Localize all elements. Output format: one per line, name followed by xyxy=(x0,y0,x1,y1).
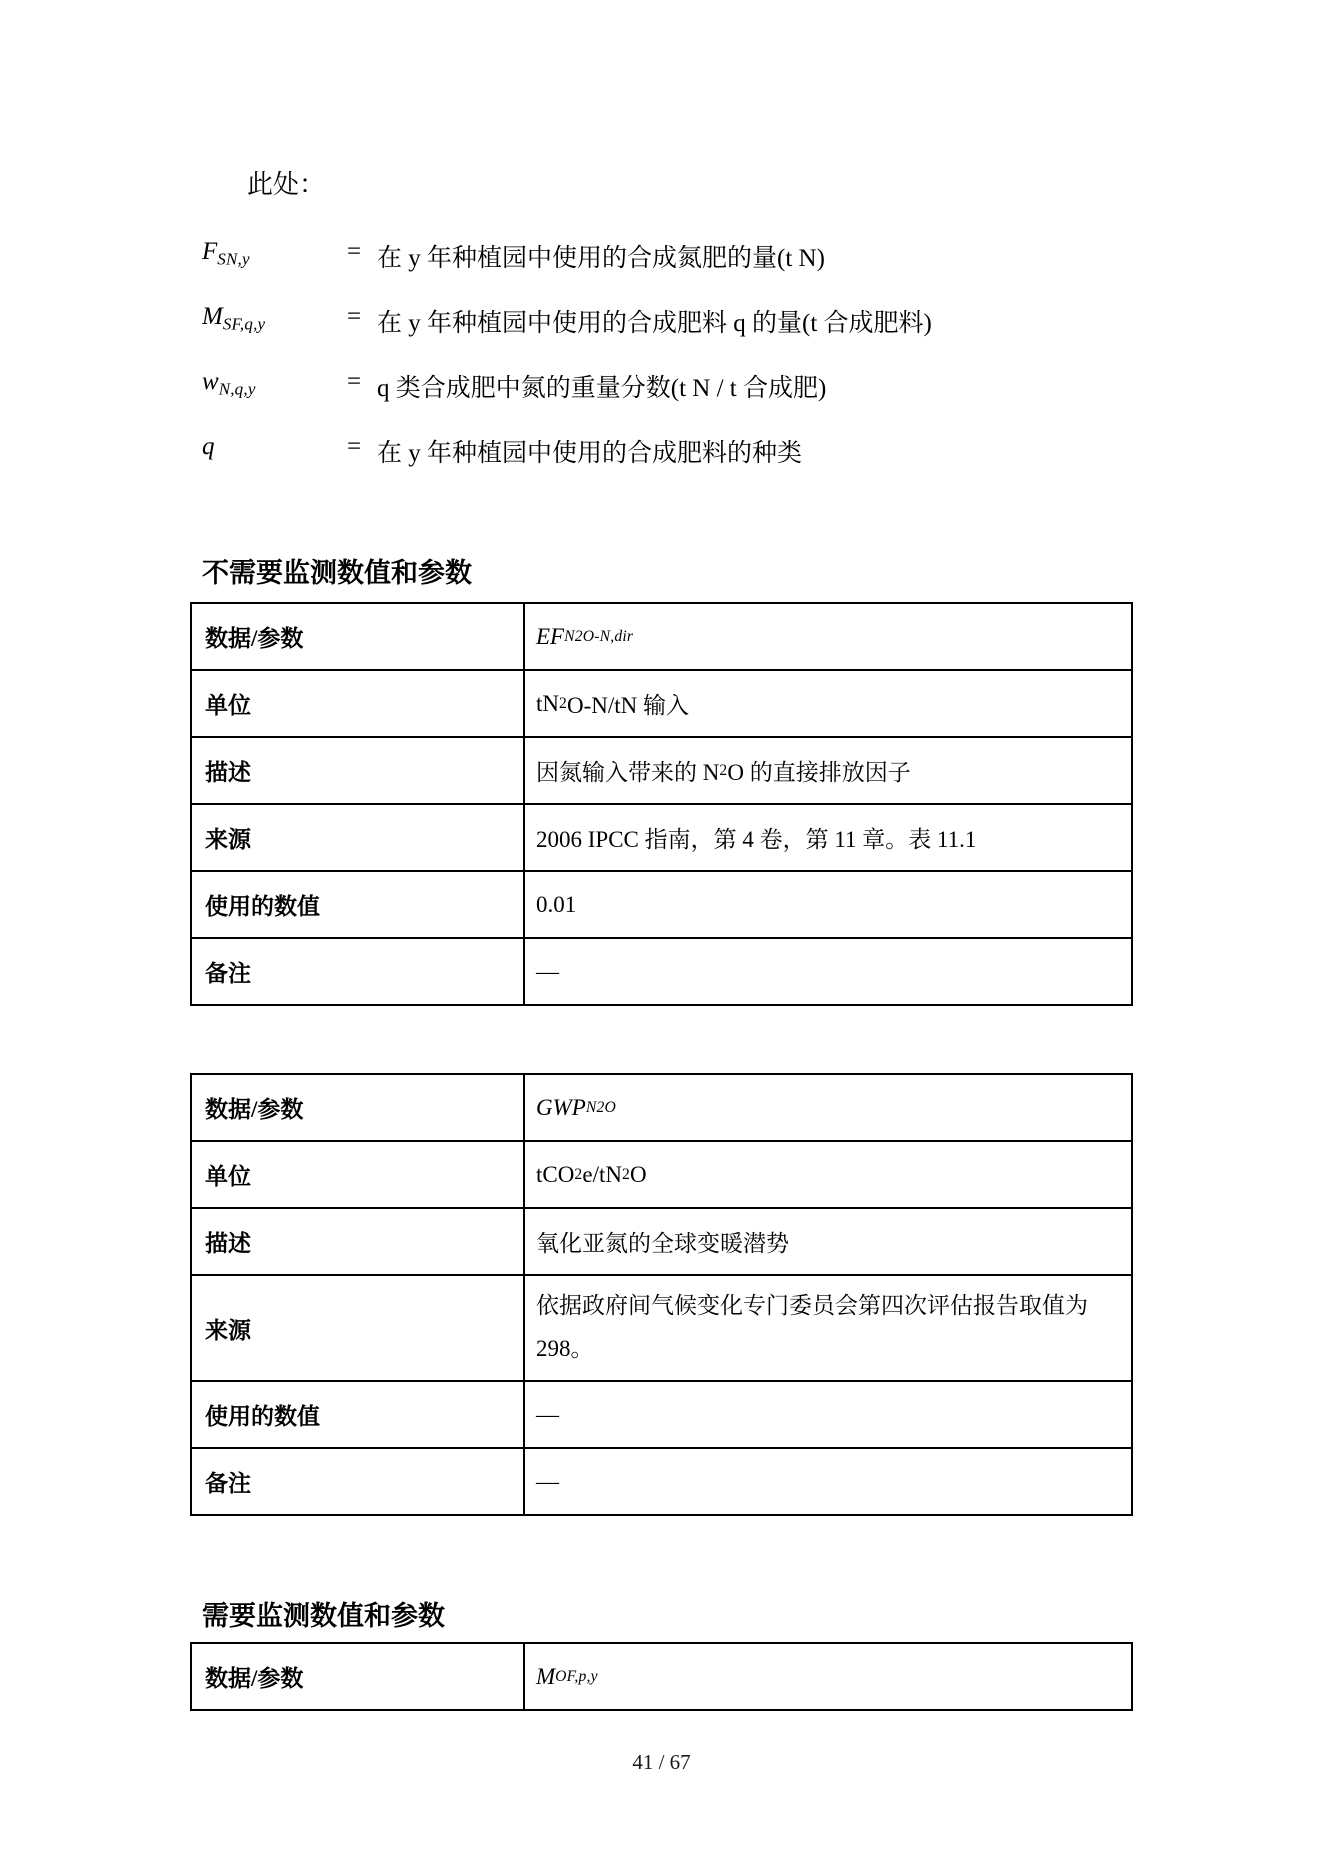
row-value: — xyxy=(525,1382,1131,1447)
row-label: 单位 xyxy=(192,671,525,736)
row-label: 描述 xyxy=(192,738,525,803)
row-label: 使用的数值 xyxy=(192,1382,525,1447)
row-label: 来源 xyxy=(192,805,525,870)
definition-desc: q 类合成肥中氮的重量分数(t N / t 合成肥) xyxy=(377,368,826,404)
page-number: 41 / 67 xyxy=(0,1750,1323,1775)
table-row: 描述 氧化亚氮的全球变暖潜势 xyxy=(192,1207,1131,1274)
row-label: 备注 xyxy=(192,939,525,1004)
parameter-table-ef-n2o: 数据/参数 EFN2O-N,dir 单位 tN2O-N/tN 输入 描述 因氮输… xyxy=(190,602,1133,1006)
table-row: 数据/参数 MOF,p,y xyxy=(192,1644,1131,1709)
row-value: MOF,p,y xyxy=(525,1644,1131,1709)
definition-term: q xyxy=(202,433,215,461)
row-value: EFN2O-N,dir xyxy=(525,604,1131,669)
table-row: 使用的数值 — xyxy=(192,1380,1131,1447)
table-row: 数据/参数 GWPN2O xyxy=(192,1075,1131,1140)
where-label: 此处： xyxy=(247,164,325,201)
table-row: 备注 — xyxy=(192,937,1131,1004)
definition-term: FSN,y xyxy=(202,238,250,269)
row-label: 单位 xyxy=(192,1142,525,1207)
row-label: 数据/参数 xyxy=(192,1075,525,1140)
definition-term: wN,q,y xyxy=(202,368,256,399)
table-row: 使用的数值 0.01 xyxy=(192,870,1131,937)
equals-sign: = xyxy=(347,433,361,461)
definition-desc: 在 y 年种植园中使用的合成氮肥的量(t N) xyxy=(377,238,825,274)
row-label: 数据/参数 xyxy=(192,604,525,669)
row-value: 因氮输入带来的 N2O 的直接排放因子 xyxy=(525,738,1131,803)
equals-sign: = xyxy=(347,238,361,266)
table-row: 备注 — xyxy=(192,1447,1131,1514)
definition-row: MSF,q,y = 在 y 年种植园中使用的合成肥料 q 的量(t 合成肥料) xyxy=(202,303,1202,333)
row-value: 0.01 xyxy=(525,872,1131,937)
row-value: — xyxy=(525,939,1131,1004)
row-label: 使用的数值 xyxy=(192,872,525,937)
table-row: 来源 2006 IPCC 指南，第 4 卷，第 11 章。表 11.1 xyxy=(192,803,1131,870)
row-label: 描述 xyxy=(192,1209,525,1274)
table-row: 单位 tCO2e/tN2O xyxy=(192,1140,1131,1207)
definition-term: MSF,q,y xyxy=(202,303,265,334)
definition-row: FSN,y = 在 y 年种植园中使用的合成氮肥的量(t N) xyxy=(202,238,1202,268)
definition-row: q = 在 y 年种植园中使用的合成肥料的种类 xyxy=(202,433,1202,463)
row-value: 2006 IPCC 指南，第 4 卷，第 11 章。表 11.1 xyxy=(525,805,1131,870)
equals-sign: = xyxy=(347,303,361,331)
row-value: 依据政府间气候变化专门委员会第四次评估报告取值为 298。 xyxy=(525,1276,1131,1380)
section-heading-monitored: 需要监测数值和参数 xyxy=(202,1594,445,1633)
definition-row: wN,q,y = q 类合成肥中氮的重量分数(t N / t 合成肥) xyxy=(202,368,1202,398)
section-heading-not-monitored: 不需要监测数值和参数 xyxy=(202,551,472,590)
row-value: GWPN2O xyxy=(525,1075,1131,1140)
row-value: — xyxy=(525,1449,1131,1514)
row-value: tCO2e/tN2O xyxy=(525,1142,1131,1207)
row-label: 备注 xyxy=(192,1449,525,1514)
table-row: 描述 因氮输入带来的 N2O 的直接排放因子 xyxy=(192,736,1131,803)
table-row: 单位 tN2O-N/tN 输入 xyxy=(192,669,1131,736)
row-value: 氧化亚氮的全球变暖潜势 xyxy=(525,1209,1131,1274)
row-label: 数据/参数 xyxy=(192,1644,525,1709)
equals-sign: = xyxy=(347,368,361,396)
row-value: tN2O-N/tN 输入 xyxy=(525,671,1131,736)
document-page: 此处： FSN,y = 在 y 年种植园中使用的合成氮肥的量(t N) MSF,… xyxy=(0,0,1323,1871)
parameter-table-gwp-n2o: 数据/参数 GWPN2O 单位 tCO2e/tN2O 描述 氧化亚氮的全球变暖潜… xyxy=(190,1073,1133,1516)
table-row: 数据/参数 EFN2O-N,dir xyxy=(192,604,1131,669)
table-row: 来源 依据政府间气候变化专门委员会第四次评估报告取值为 298。 xyxy=(192,1274,1131,1380)
row-label: 来源 xyxy=(192,1276,525,1380)
parameter-table-mof: 数据/参数 MOF,p,y xyxy=(190,1642,1133,1711)
definition-desc: 在 y 年种植园中使用的合成肥料的种类 xyxy=(377,433,802,469)
definition-desc: 在 y 年种植园中使用的合成肥料 q 的量(t 合成肥料) xyxy=(377,303,932,339)
